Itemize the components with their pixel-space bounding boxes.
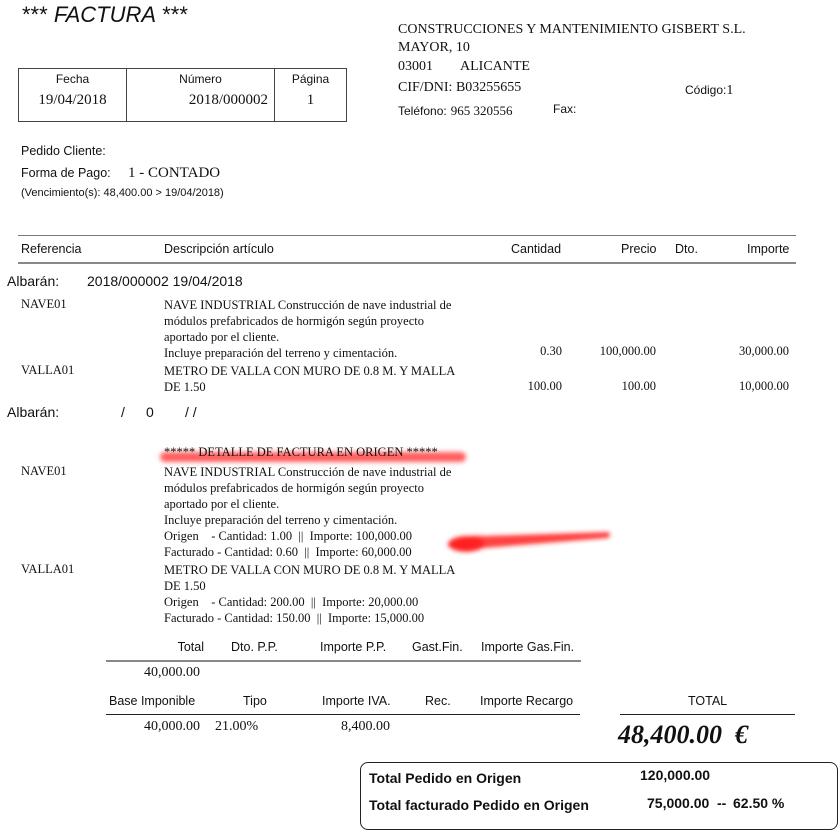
base-imponible-header: Base Imponible [109, 694, 195, 708]
gast-fin-header: Gast.Fin. [412, 640, 463, 654]
desc-line: módulos prefabricados de hormigón según … [164, 313, 451, 329]
desc-line: NAVE INDUSTRIAL Construcción de nave ind… [164, 297, 451, 313]
albaran-label: Albarán: [7, 404, 59, 420]
telefono-value: 965 320556 [451, 103, 513, 118]
importe-iva-value: 8,400.00 [341, 719, 390, 735]
albaran-value-part: / / [185, 404, 197, 420]
line-precio: 100.00 [622, 379, 656, 394]
origin-description: NAVE INDUSTRIAL Construcción de nave ind… [164, 464, 451, 560]
albaran-value-part: / [121, 404, 125, 420]
grand-total-value: 48,400.00 € [618, 720, 748, 750]
col-cantidad: Cantidad [511, 242, 561, 256]
fecha-value: 19/04/2018 [19, 92, 126, 109]
red-arrow-icon [444, 526, 614, 556]
desc-line: METRO DE VALLA CON MURO DE 0.8 M. Y MALL… [164, 562, 455, 578]
line-ref: NAVE01 [21, 297, 67, 312]
title-text: FACTURA [54, 2, 156, 27]
desc-line: Incluye preparación del terreno y ciment… [164, 512, 451, 528]
tipo-header: Tipo [243, 694, 267, 708]
title-prefix: *** [22, 2, 48, 27]
col-dto: Dto. [675, 242, 698, 256]
base-imponible-value: 40,000.00 [144, 719, 200, 735]
numero-label: Número [127, 72, 274, 86]
albaran-label: Albarán: [7, 273, 59, 289]
totals-rule-2 [106, 714, 580, 715]
totals-rule-1 [106, 660, 581, 662]
origen-line: Origen - Cantidad: 200.00 || Importe: 20… [164, 594, 455, 610]
total-facturado-origen-label: Total facturado Pedido en Origen [369, 797, 589, 813]
col-importe: Importe [747, 242, 789, 256]
col-descripcion: Descripción artículo [164, 242, 274, 256]
desc-line: NAVE INDUSTRIAL Construcción de nave ind… [164, 464, 451, 480]
line-cantidad: 0.30 [540, 344, 562, 359]
importe-gas-fin-header: Importe Gas.Fin. [481, 640, 574, 654]
line-description: NAVE INDUSTRIAL Construcción de nave ind… [164, 297, 451, 361]
pagina-cell: Página 1 [275, 69, 346, 121]
company-city: ALICANTE [460, 59, 530, 75]
fax-label: Fax: [553, 102, 576, 116]
desc-line: DE 1.50 [164, 578, 455, 594]
desc-line: módulos prefabricados de hormigón según … [164, 480, 451, 496]
vencimientos: (Vencimiento(s): 48,400.00 > 19/04/2018) [21, 187, 224, 199]
title-suffix: *** [162, 2, 188, 27]
company-name: CONSTRUCCIONES Y MANTENIMIENTO GISBERT S… [398, 22, 746, 38]
telefono-label: Teléfono: [398, 104, 447, 118]
rec-header: Rec. [425, 694, 451, 708]
company-codigo: Código:1 [685, 81, 733, 99]
table-header-rule [18, 262, 796, 264]
origin-detail-heading: ***** DETALLE DE FACTURA EN ORIGEN ***** [164, 444, 438, 460]
total-facturado-origen-value: 75,000.00 [647, 795, 709, 811]
company-postal-code: 03001 [398, 59, 433, 75]
pagina-value: 1 [275, 92, 346, 109]
desc-line: DE 1.50 [164, 379, 455, 395]
albaran-value: 2018/000002 19/04/2018 [87, 273, 243, 289]
total-label: TOTAL [688, 694, 727, 708]
total-value: 40,000.00 [144, 665, 200, 681]
line-importe: 10,000.00 [739, 379, 789, 394]
company-telefono: Teléfono: 965 320556 [398, 102, 512, 120]
total-pedido-origen-label: Total Pedido en Origen [369, 770, 521, 786]
numero-value: 2018/000002 [127, 92, 274, 109]
origen-line: Origen - Cantidad: 1.00 || Importe: 100,… [164, 528, 451, 544]
total-pedido-origen-value: 120,000.00 [640, 767, 710, 783]
facturado-percent: 62.50 % [733, 795, 784, 811]
importe-pp-header: Importe P.P. [320, 640, 386, 654]
line-importe: 30,000.00 [739, 344, 789, 359]
desc-line: aportado por el cliente. [164, 496, 451, 512]
dto-pp-header: Dto. P.P. [231, 640, 278, 654]
line-ref: VALLA01 [21, 363, 74, 378]
fecha-label: Fecha [19, 72, 126, 86]
forma-pago-value: 1 - CONTADO [128, 165, 220, 182]
table-top-rule [18, 235, 796, 236]
albaran-value-part: 0 [146, 404, 154, 420]
origin-description: METRO DE VALLA CON MURO DE 0.8 M. Y MALL… [164, 562, 455, 626]
tipo-value: 21.00% [215, 719, 258, 735]
line-precio: 100,000.00 [600, 344, 656, 359]
line-description: METRO DE VALLA CON MURO DE 0.8 M. Y MALL… [164, 363, 455, 395]
facturado-separator: -- [717, 795, 726, 811]
line-cantidad: 100.00 [528, 379, 562, 394]
importe-recargo-header: Importe Recargo [480, 694, 573, 708]
company-cif: CIF/DNI: B03255655 [398, 80, 521, 96]
forma-pago-label: Forma de Pago: [21, 166, 111, 180]
col-precio: Precio [621, 242, 656, 256]
total-header: Total [178, 640, 204, 654]
importe-iva-header: Importe IVA. [322, 694, 391, 708]
desc-line: aportado por el cliente. [164, 329, 451, 345]
origin-ref: VALLA01 [21, 562, 74, 577]
document-title: *** FACTURA *** [22, 2, 188, 28]
total-rule [620, 714, 795, 715]
codigo-value: 1 [726, 83, 733, 98]
pedido-cliente-label: Pedido Cliente: [21, 144, 106, 158]
origin-ref: NAVE01 [21, 464, 67, 479]
invoice-header-box: Fecha 19/04/2018 Número 2018/000002 Pági… [18, 68, 347, 122]
fecha-cell: Fecha 19/04/2018 [19, 69, 127, 121]
desc-line: Incluye preparación del terreno y ciment… [164, 345, 451, 361]
facturado-line: Facturado - Cantidad: 0.60 || Importe: 6… [164, 544, 451, 560]
pagina-label: Página [275, 72, 346, 86]
col-referencia: Referencia [21, 242, 81, 256]
numero-cell: Número 2018/000002 [127, 69, 275, 121]
facturado-line: Facturado - Cantidad: 150.00 || Importe:… [164, 610, 455, 626]
desc-line: METRO DE VALLA CON MURO DE 0.8 M. Y MALL… [164, 363, 455, 379]
company-address: MAYOR, 10 [398, 40, 470, 56]
codigo-label: Código: [685, 83, 726, 97]
